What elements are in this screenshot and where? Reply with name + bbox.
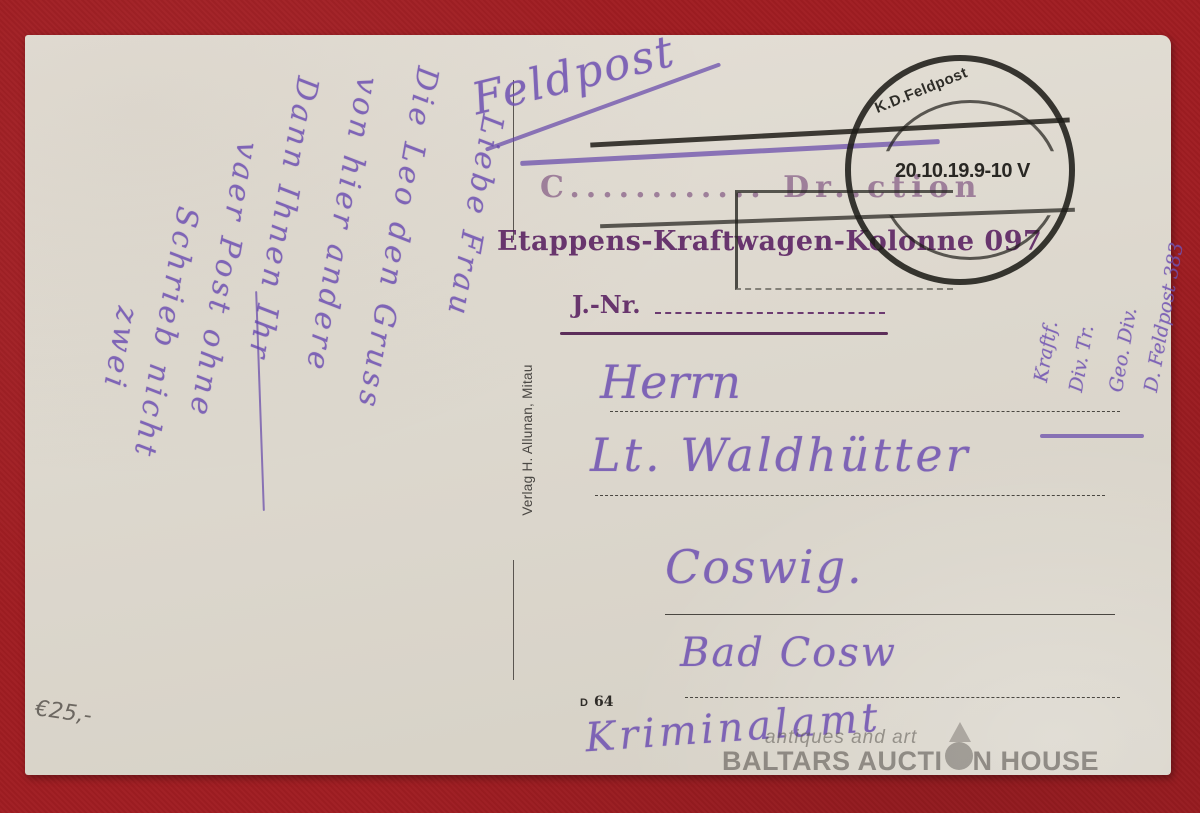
watermark-title: BALTARS AUCTIN HOUSE (722, 746, 1099, 777)
print-code-prefix: D (580, 697, 588, 709)
watermark-logo-icon (945, 742, 973, 770)
address-city: Coswig. (665, 540, 864, 594)
address-name-stroke (1040, 434, 1144, 438)
address-recipient-name: Lt. Waldhütter (590, 428, 971, 482)
crown-logo-icon (949, 722, 971, 742)
address-line-2 (595, 495, 1105, 496)
address-line-3 (665, 614, 1115, 615)
print-code-number: 64 (594, 694, 613, 710)
publisher-imprint: Verlag H. Allunan, Mitau (520, 310, 540, 570)
print-code: D64 (580, 694, 613, 710)
address-recipient-title: Herrn (600, 355, 741, 409)
address-town: Bad Cosw (680, 630, 897, 676)
watermark-title-left: BALTARS AUCTI (722, 746, 942, 776)
center-divider-bottom (513, 560, 514, 680)
postmark-date: 20.10.19.9-10 V (895, 160, 1030, 183)
journal-number-rule (560, 332, 888, 335)
journal-number-label: J.-Nr. (572, 290, 641, 319)
address-line-1 (610, 411, 1120, 412)
journal-number-dotted-line (655, 312, 885, 314)
address-line-4 (685, 697, 1120, 698)
watermark-title-right: N HOUSE (972, 746, 1099, 776)
